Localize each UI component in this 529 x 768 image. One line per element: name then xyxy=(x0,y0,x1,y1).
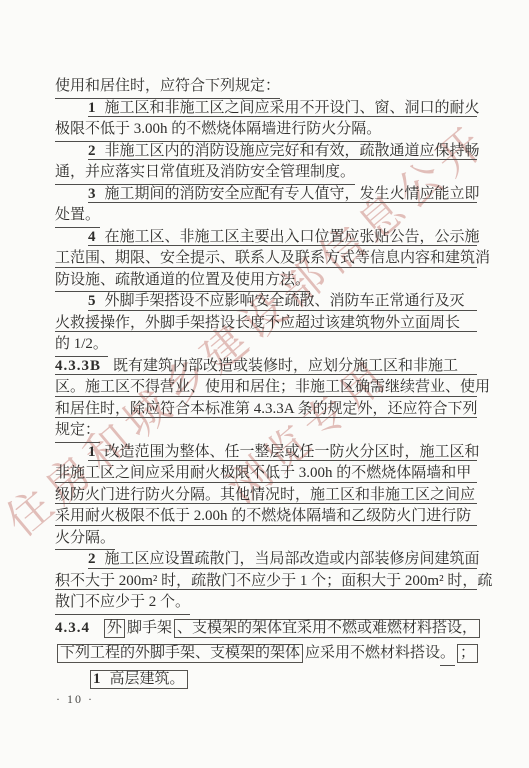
body-line: 火救援操作，外脚手架搭设长度不应超过该建筑物外立面周长 xyxy=(55,313,477,335)
body-line: 防设施、疏散通道的位置及使用方法。 xyxy=(55,270,477,292)
body-line-item: 5外脚手架搭设不应影响安全疏散、消防车正常通行及灭 xyxy=(55,291,477,313)
body-line-item: 1改造范围为整体、任一整层或任一防火分区时，施工区和 xyxy=(55,442,477,464)
section-number: 4.3.3B xyxy=(55,356,101,378)
indent xyxy=(55,442,88,443)
body-line: 和居住时，除应符合本标准第 4.3.3A 条的规定外，还应符合下列 xyxy=(55,399,477,421)
document-body: 使用和居住时，应符合下列规定： 1施工区和非施工区之间应采用不开设门、窗、洞口的… xyxy=(55,76,477,690)
body-line: 火分隔。 xyxy=(55,528,477,550)
body-line: 级防火门进行防火分隔。其他情况时，施工区和非施工区之间应 xyxy=(55,485,477,507)
indent xyxy=(55,98,88,99)
item-number: 1 xyxy=(88,98,96,120)
line-text: 非施工区内的消防设施应完好和有效，疏散通道应保持畅 xyxy=(105,141,480,163)
indent xyxy=(55,141,88,142)
line-text: 的 1/2。 xyxy=(55,334,108,357)
line-text: 通，并应落实日常值班及消防安全管理制度。 xyxy=(55,162,355,185)
line-text: 采用耐火极限不低于 2.00h 的不燃烧体隔墙和乙级防火门进行防 xyxy=(55,506,471,528)
line-text: 处置。 xyxy=(55,205,100,228)
line-text: 使用和居住时，应符合下列规定： xyxy=(55,76,280,99)
line-text: 积不大于 200m² 时，疏散门不应少于 1 个；面积大于 200m² 时，疏 xyxy=(55,571,492,593)
body-line: 极限不低于 3.00h 的不燃烧体隔墙进行防火分隔。 xyxy=(55,119,477,141)
body-line: 规定： xyxy=(55,420,477,442)
line-text: 外脚手架搭设不应影响安全疏散、消防车正常通行及灭 xyxy=(105,291,465,313)
body-line-item: 1施工区和非施工区之间应采用不开设门、窗、洞口的耐火 xyxy=(55,98,477,120)
body-line: 工范围、期限、安全提示、联系人及联系方式等信息内容和建筑消 xyxy=(55,248,477,270)
line-text: 工范围、期限、安全提示、联系人及联系方式等信息内容和建筑消 xyxy=(55,248,490,270)
line-text: 高层建筑。 xyxy=(110,671,185,687)
line-text: 非施工区之间应采用耐火极限不低于 3.00h 的不燃烧体隔墙和甲 xyxy=(55,463,471,485)
body-line: 积不大于 200m² 时，疏散门不应少于 1 个；面积大于 200m² 时，疏 xyxy=(55,571,477,593)
item-number: 5 xyxy=(88,291,96,313)
body-line: 区。施工区不得营业、使用和居住；非施工区确需继续营业、使用 xyxy=(55,377,477,399)
body-line: 处置。 xyxy=(55,205,477,227)
body-line: 散门不应少于 2 个。 xyxy=(55,592,477,614)
inserted-text-box: 1高层建筑。 xyxy=(90,670,188,689)
line-text: 施工期间的消防安全应配有专人值守，发生火情应能立即 xyxy=(105,184,480,206)
inserted-text-box: 下列工程的外脚手架、支模架的架体 xyxy=(57,644,303,663)
indent xyxy=(55,291,88,292)
line-text: 施工区和非施工区之间应采用不开设门、窗、洞口的耐火 xyxy=(105,98,480,120)
section-4-3-4-line: 下列工程的外脚手架、支模架的架体应采用不燃材料搭设。； xyxy=(55,643,477,665)
line-text: 极限不低于 3.00h 的不燃烧体隔墙进行防火分隔。 xyxy=(55,119,381,142)
section-4-3-4-heading-line: 4.3.4外脚手架、支模架的架体宜采用不燃或难燃材料搭设， xyxy=(55,618,477,640)
inserted-punctuation-box: ； xyxy=(457,644,478,663)
body-line: 的 1/2。 xyxy=(55,334,477,356)
line-text: 脚手架 xyxy=(127,618,172,640)
line-text: 应采用不燃材料搭设 xyxy=(305,643,440,665)
body-line-item: 2施工区应设置疏散门，当局部改造或内部装修房间建筑面 xyxy=(55,549,477,571)
line-text: 施工区应设置疏散门，当局部改造或内部装修房间建筑面 xyxy=(105,549,480,571)
line-text: 在施工区、非施工区主要出入口位置应张贴公告，公示施 xyxy=(105,227,480,249)
body-line: 使用和居住时，应符合下列规定： xyxy=(55,76,477,98)
indent xyxy=(55,184,88,185)
line-text: 火救援操作，外脚手架搭设长度不应超过该建筑物外立面周长 xyxy=(55,313,460,335)
line-text: 级防火门进行防火分隔。其他情况时，施工区和非施工区之间应 xyxy=(55,485,475,507)
item-number: 2 xyxy=(88,141,96,163)
inserted-text-box: 外 xyxy=(104,619,125,638)
section-number: 4.3.4 xyxy=(55,618,90,640)
line-text: 改造范围为整体、任一整层或任一防火分区时，施工区和 xyxy=(105,442,480,464)
indent xyxy=(55,227,88,228)
item-number: 4 xyxy=(88,227,96,249)
line-text: 既有建筑内部改造或装修时，应划分施工区和非施工 xyxy=(113,356,458,378)
item-number: 3 xyxy=(88,184,96,206)
body-line-item: 3施工期间的消防安全应配有专人值守，发生火情应能立即 xyxy=(55,184,477,206)
section-4-3-3b-heading-line: 4.3.3B既有建筑内部改造或装修时，应划分施工区和非施工 xyxy=(55,356,477,378)
body-line: 采用耐火极限不低于 2.00h 的不燃烧体隔墙和乙级防火门进行防 xyxy=(55,506,477,528)
deleted-punctuation: 。 xyxy=(440,643,455,666)
body-line-item: 2非施工区内的消防设施应完好和有效，疏散通道应保持畅 xyxy=(55,141,477,163)
line-text: 散门不应少于 2 个。 xyxy=(55,592,190,615)
line-text: 防设施、疏散通道的位置及使用方法。 xyxy=(55,270,310,293)
line-text: 区。施工区不得营业、使用和居住；非施工区确需继续营业、使用 xyxy=(55,377,490,399)
indent xyxy=(55,549,88,550)
item-number: 1 xyxy=(88,442,96,464)
body-line-item: 4在施工区、非施工区主要出入口位置应张贴公告，公示施 xyxy=(55,227,477,249)
indent xyxy=(55,669,88,670)
body-line: 非施工区之间应采用耐火极限不低于 3.00h 的不燃烧体隔墙和甲 xyxy=(55,463,477,485)
line-text: 和居住时，除应符合本标准第 4.3.3A 条的规定外，还应符合下列 xyxy=(55,399,478,421)
body-line: 通，并应落实日常值班及消防安全管理制度。 xyxy=(55,162,477,184)
line-text: 火分隔。 xyxy=(55,528,115,551)
page-number: · 10 · xyxy=(56,692,94,707)
scanned-document-page: 住房和城乡建设部信息公开 浏览专用 使用和居住时，应符合下列规定： 1施工区和非… xyxy=(0,0,529,768)
item-number: 2 xyxy=(88,549,96,571)
inserted-item-line: 1高层建筑。 xyxy=(55,669,477,691)
item-number: 1 xyxy=(93,671,101,687)
inserted-text-box: 、支模架的架体宜采用不燃或难燃材料搭设， xyxy=(174,619,480,638)
line-text: 规定： xyxy=(55,420,100,443)
